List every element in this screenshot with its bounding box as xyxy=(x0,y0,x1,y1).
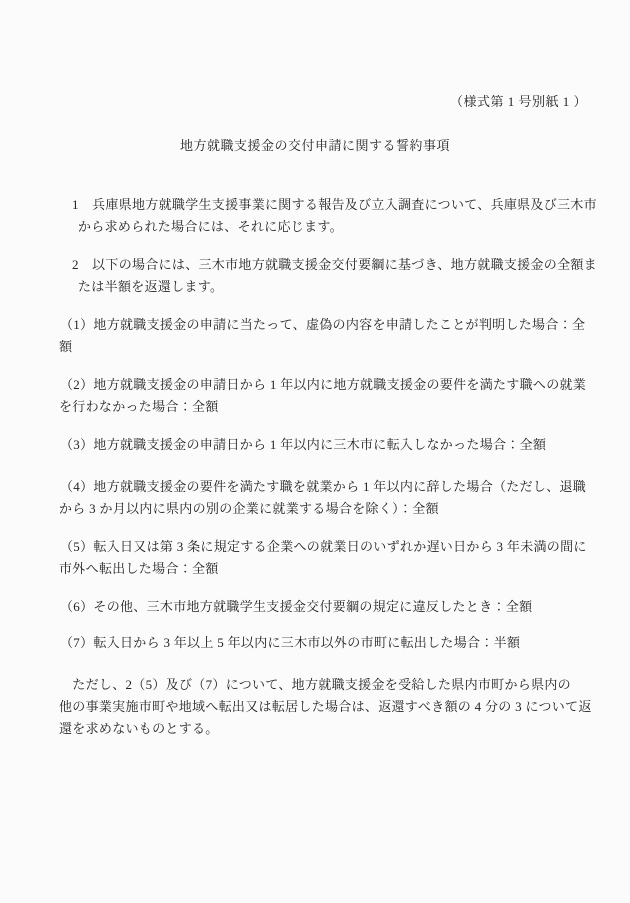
text-line: （7）転入日から 3 年以上 5 年以内に三木市以外の市町に転出した場合：半額 xyxy=(59,632,573,654)
paragraph-item-2: 2 以下の場合には、三木市地方就職支援金交付要綱に基づき、地方就職支援金の全額ま… xyxy=(59,254,573,298)
text-line: を行わなかった場合：全額 xyxy=(59,396,573,418)
paragraph-clause-2: （2）地方就職支援金の申請日から 1 年以内に地方就職支援金の要件を満たす職への… xyxy=(59,374,573,418)
paragraph-item-1: 1 兵庫県地方就職学生支援事業に関する報告及び立入調査について、兵庫県及び三木市… xyxy=(59,194,573,238)
paragraph-clause-6: （6）その他、三木市地方就職学生支援金交付要綱の規定に違反したとき：全額 xyxy=(59,596,573,618)
paragraph-clause-4: （4）地方就職支援金の要件を満たす職を就業から 1 年以内に辞した場合（ただし、… xyxy=(59,476,573,520)
paragraph-clause-1: （1）地方就職支援金の申請に当たって、虚偽の内容を申請したことが判明した場合：全… xyxy=(59,314,573,358)
text-line: から求められた場合には、それに応じます。 xyxy=(59,216,573,238)
paragraph-note: ただし、2（5）及び（7）について、地方就職支援金を受給した県内市町から県内の … xyxy=(59,674,573,740)
text-line: 2 以下の場合には、三木市地方就職支援金交付要綱に基づき、地方就職支援金の全額ま xyxy=(59,254,573,276)
text-line: 市外へ転出した場合：全額 xyxy=(59,558,573,580)
text-line: （1）地方就職支援金の申請に当たって、虚偽の内容を申請したことが判明した場合：全 xyxy=(59,314,573,336)
paragraph-clause-5: （5）転入日又は第 3 条に規定する企業への就業日のいずれか遅い日から 3 年未… xyxy=(59,536,573,580)
document-title: 地方就職支援金の交付申請に関する誓約事項 xyxy=(0,135,630,157)
text-line: （5）転入日又は第 3 条に規定する企業への就業日のいずれか遅い日から 3 年未… xyxy=(59,536,573,558)
text-line: 他の事業実施市町や地域へ転出又は転居した場合は、返還すべき額の 4 分の 3 に… xyxy=(59,696,573,718)
text-line: （2）地方就職支援金の申請日から 1 年以内に地方就職支援金の要件を満たす職への… xyxy=(59,374,573,396)
text-line: 額 xyxy=(59,336,573,358)
text-line: （6）その他、三木市地方就職学生支援金交付要綱の規定に違反したとき：全額 xyxy=(59,596,573,618)
text-line: から 3 か月以内に県内の別の企業に就業する場合を除く）：全額 xyxy=(59,498,573,520)
text-line: たは半額を返還します。 xyxy=(59,276,573,298)
text-line: （3）地方就職支援金の申請日から 1 年以内に三木市に転入しなかった場合：全額 xyxy=(59,434,573,456)
document-page: （様式第 1 号別紙 1 ） 地方就職支援金の交付申請に関する誓約事項 1 兵庫… xyxy=(0,0,630,903)
text-line: ただし、2（5）及び（7）について、地方就職支援金を受給した県内市町から県内の xyxy=(59,674,573,696)
paragraph-clause-3: （3）地方就職支援金の申請日から 1 年以内に三木市に転入しなかった場合：全額 xyxy=(59,434,573,456)
text-line: 還を求めないものとする。 xyxy=(59,718,573,740)
paragraph-clause-7: （7）転入日から 3 年以上 5 年以内に三木市以外の市町に転出した場合：半額 xyxy=(59,632,573,654)
text-line: （4）地方就職支援金の要件を満たす職を就業から 1 年以内に辞した場合（ただし、… xyxy=(59,476,573,498)
form-number-label: （様式第 1 号別紙 1 ） xyxy=(450,91,587,113)
text-line: 1 兵庫県地方就職学生支援事業に関する報告及び立入調査について、兵庫県及び三木市 xyxy=(59,194,573,216)
